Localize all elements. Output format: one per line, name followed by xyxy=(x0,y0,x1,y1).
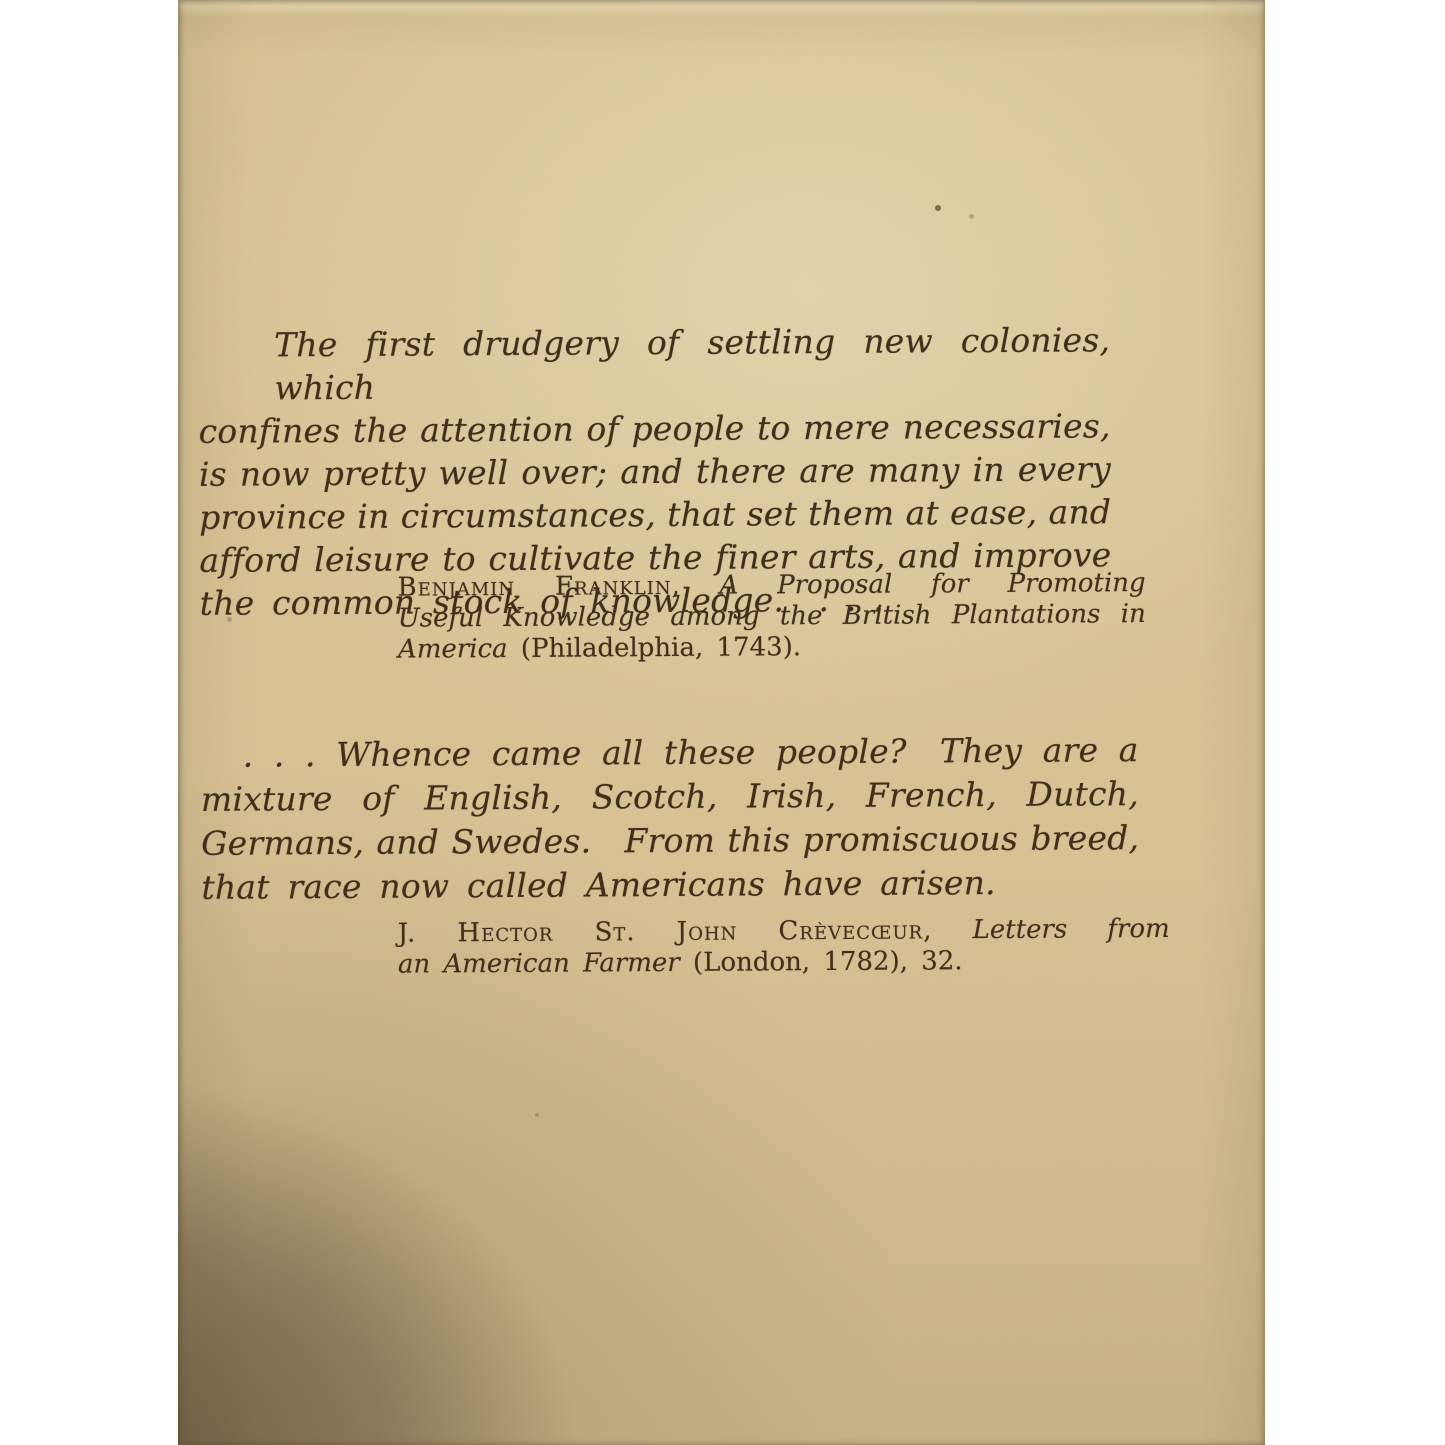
page-text: The first drudgery of settling new colon… xyxy=(174,0,1270,1445)
dust-speck xyxy=(227,617,232,622)
dust-speck xyxy=(535,1113,539,1117)
attribution-line: J. Hector St. John Crèvecœur, Letters fr… xyxy=(398,914,1170,950)
attribution-line: America (Philadelphia, 1743). xyxy=(398,630,1146,666)
attribution-publication: (London, 1782), 32. xyxy=(693,946,963,978)
attribution-line: Useful Knowledge among the British Plant… xyxy=(398,599,1146,635)
quote-line: that race now called Americans have aris… xyxy=(201,860,1139,910)
dust-speck xyxy=(935,205,941,211)
book-page: The first drudgery of settling new colon… xyxy=(178,0,1265,1445)
attribution-publication: (Philadelphia, 1743). xyxy=(521,632,801,664)
attribution-work-title: America xyxy=(398,634,508,665)
quote-line: The first drudgery of settling new colon… xyxy=(198,318,1111,410)
attribution-line: an American Farmer (London, 1782), 32. xyxy=(398,945,1170,981)
quote-line: is now pretty well over; and there are m… xyxy=(199,447,1111,496)
quote-line: mixture of English, Scotch, Irish, Frenc… xyxy=(201,772,1139,822)
attribution-work-title: an American Farmer xyxy=(398,948,680,980)
crevecoeur-quote: . . . Whence came all these people? They… xyxy=(201,728,1140,910)
attribution-work-title: A Proposal for Promoting xyxy=(720,568,1146,601)
attribution-line: Benjamin Franklin, A Proposal for Promot… xyxy=(398,568,1146,604)
dust-speck xyxy=(969,214,974,219)
quote-line: confines the attention of people to mere… xyxy=(199,404,1111,453)
attribution-author: Benjamin Franklin, xyxy=(398,571,681,603)
attribution-work-title: Letters from xyxy=(972,914,1169,945)
attribution-author: J. Hector St. John Crèvecœur, xyxy=(398,915,933,948)
quote-line: province in circumstances, that set them… xyxy=(199,490,1111,539)
crevecoeur-attribution: J. Hector St. John Crèvecœur, Letters fr… xyxy=(398,914,1170,981)
quote-line: . . . Whence came all these people? They… xyxy=(201,728,1139,778)
franklin-attribution: Benjamin Franklin, A Proposal for Promot… xyxy=(398,568,1147,666)
quote-line: Germans, and Swedes. From this promiscuo… xyxy=(201,816,1139,866)
book-photo: The first drudgery of settling new colon… xyxy=(0,0,1445,1445)
